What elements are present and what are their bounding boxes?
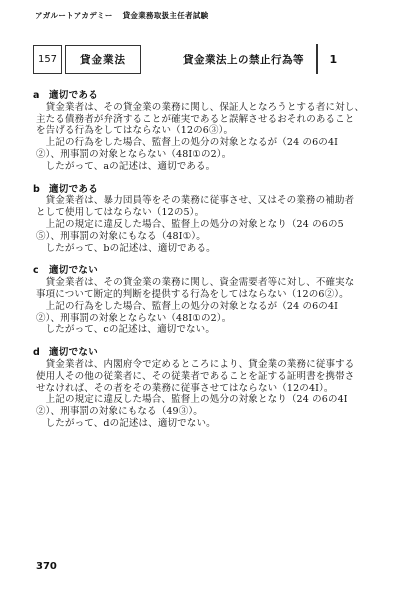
question-title: 貸金業法上の禁止行為等 — [183, 52, 304, 67]
section-d-body: 貸金業者は、内閣府令で定めるところにより、貸金業の業務に従事する 使用人その他の… — [36, 359, 387, 430]
text-line: したがって、dの記述は、適切でない。 — [36, 418, 387, 430]
text-line: ⑤）、刑事罰の対象にもなる（48Ⅰ①）。 — [36, 231, 387, 243]
section-b-verdict: 適切である — [49, 184, 98, 196]
section-c-heading: c 適切でない — [33, 265, 387, 277]
text-line: 事項について断定的判断を提供する行為をしてはならない（12の6②）。 — [36, 289, 387, 301]
section-d-heading: d 適切でない — [33, 347, 387, 359]
header-divider — [316, 44, 318, 74]
section-d-verdict: 適切でない — [49, 347, 98, 359]
section-b: b 適切である 貸金業者は、暴力団員等をその業務に従事させ、又はその業務の補助者… — [33, 184, 387, 255]
text-line: 主たる債務者が弁済することが確実であると誤解させるおそれのあること — [36, 114, 387, 126]
text-line: 上記の行為をした場合、監督上の処分の対象となるが（24 の6の4Ⅰ — [36, 137, 387, 149]
text-line: 貸金業者は、その貸金業の業務に関し、資金需要者等に対し、不確実な — [36, 277, 387, 289]
text-line: ②）、刑事罰の対象にもなる（49③）。 — [36, 406, 387, 418]
text-line: したがって、bの記述は、適切である。 — [36, 243, 387, 255]
text-line: 使用人その他の従業者に、その従業者であることを証する証明書を携帯さ — [36, 371, 387, 383]
section-c: c 適切でない 貸金業者は、その貸金業の業務に関し、資金需要者等に対し、不確実な… — [33, 265, 387, 336]
category-box: 貸金業法 — [65, 45, 141, 74]
answer-explanations: a 適切である 貸金業者は、その貸金業の業務に関し、保証人となろうとする者に対し… — [33, 90, 387, 441]
section-c-verdict: 適切でない — [49, 265, 98, 277]
text-line: 貸金業者は、その貸金業の業務に関し、保証人となろうとする者に対し、 — [36, 102, 387, 114]
question-number-box: 157 — [33, 45, 62, 74]
text-line: ②）、刑事罰の対象とならない（48Ⅰ①の2）。 — [36, 149, 387, 161]
text-line: したがって、aの記述は、適切である。 — [36, 161, 387, 173]
section-b-heading: b 適切である — [33, 184, 387, 196]
section-c-body: 貸金業者は、その貸金業の業務に関し、資金需要者等に対し、不確実な 事項について断… — [36, 277, 387, 336]
text-line: 上記の規定に違反した場合、監督上の処分の対象となり（24 の6の4Ⅰ — [36, 394, 387, 406]
section-a-letter: a — [33, 90, 42, 102]
section-a-verdict: 適切である — [49, 90, 98, 102]
exam-name-label: 貸金業務取扱主任者試験 — [123, 11, 209, 20]
section-b-letter: b — [33, 184, 42, 196]
section-d: d 適切でない 貸金業者は、内閣府令で定めるところにより、貸金業の業務に従事する… — [33, 347, 387, 430]
section-a-body: 貸金業者は、その貸金業の業務に関し、保証人となろうとする者に対し、 主たる債務者… — [36, 102, 387, 173]
text-line: 上記の規定に違反した場合、監督上の処分の対象となり（24 の6の5 — [36, 219, 387, 231]
question-header-row: 157 貸金業法 貸金業法上の禁止行為等 1 — [33, 44, 337, 74]
text-line: を告げる行為をしてはならない（12の6③）。 — [36, 125, 387, 137]
section-c-letter: c — [33, 265, 42, 277]
brand-label: アガルートアカデミー — [35, 11, 113, 20]
text-line: せなければ、その者をその業務に従事させてはならない（12の4Ⅰ）。 — [36, 383, 387, 395]
text-line: 貸金業者は、内閣府令で定めるところにより、貸金業の業務に従事する — [36, 359, 387, 371]
text-line: ②）、刑事罰の対象とならない（48Ⅰ①の2）。 — [36, 313, 387, 325]
document-page: アガルートアカデミー貸金業務取扱主任者試験 157 貸金業法 貸金業法上の禁止行… — [0, 0, 420, 595]
page-number: 370 — [36, 561, 57, 572]
section-b-body: 貸金業者は、暴力団員等をその業務に従事させ、又はその業務の補助者 として使用して… — [36, 195, 387, 254]
section-d-letter: d — [33, 347, 42, 359]
question-sheet-number: 1 — [330, 53, 338, 66]
text-line: したがって、cの記述は、適切でない。 — [36, 324, 387, 336]
section-a: a 適切である 貸金業者は、その貸金業の業務に関し、保証人となろうとする者に対し… — [33, 90, 387, 173]
text-line: 上記の行為をした場合、監督上の処分の対象となるが（24 の6の4Ⅰ — [36, 301, 387, 313]
exam-header: アガルートアカデミー貸金業務取扱主任者試験 — [35, 10, 208, 21]
section-a-heading: a 適切である — [33, 90, 387, 102]
text-line: として使用してはならない（12の5）。 — [36, 207, 387, 219]
text-line: 貸金業者は、暴力団員等をその業務に従事させ、又はその業務の補助者 — [36, 195, 387, 207]
